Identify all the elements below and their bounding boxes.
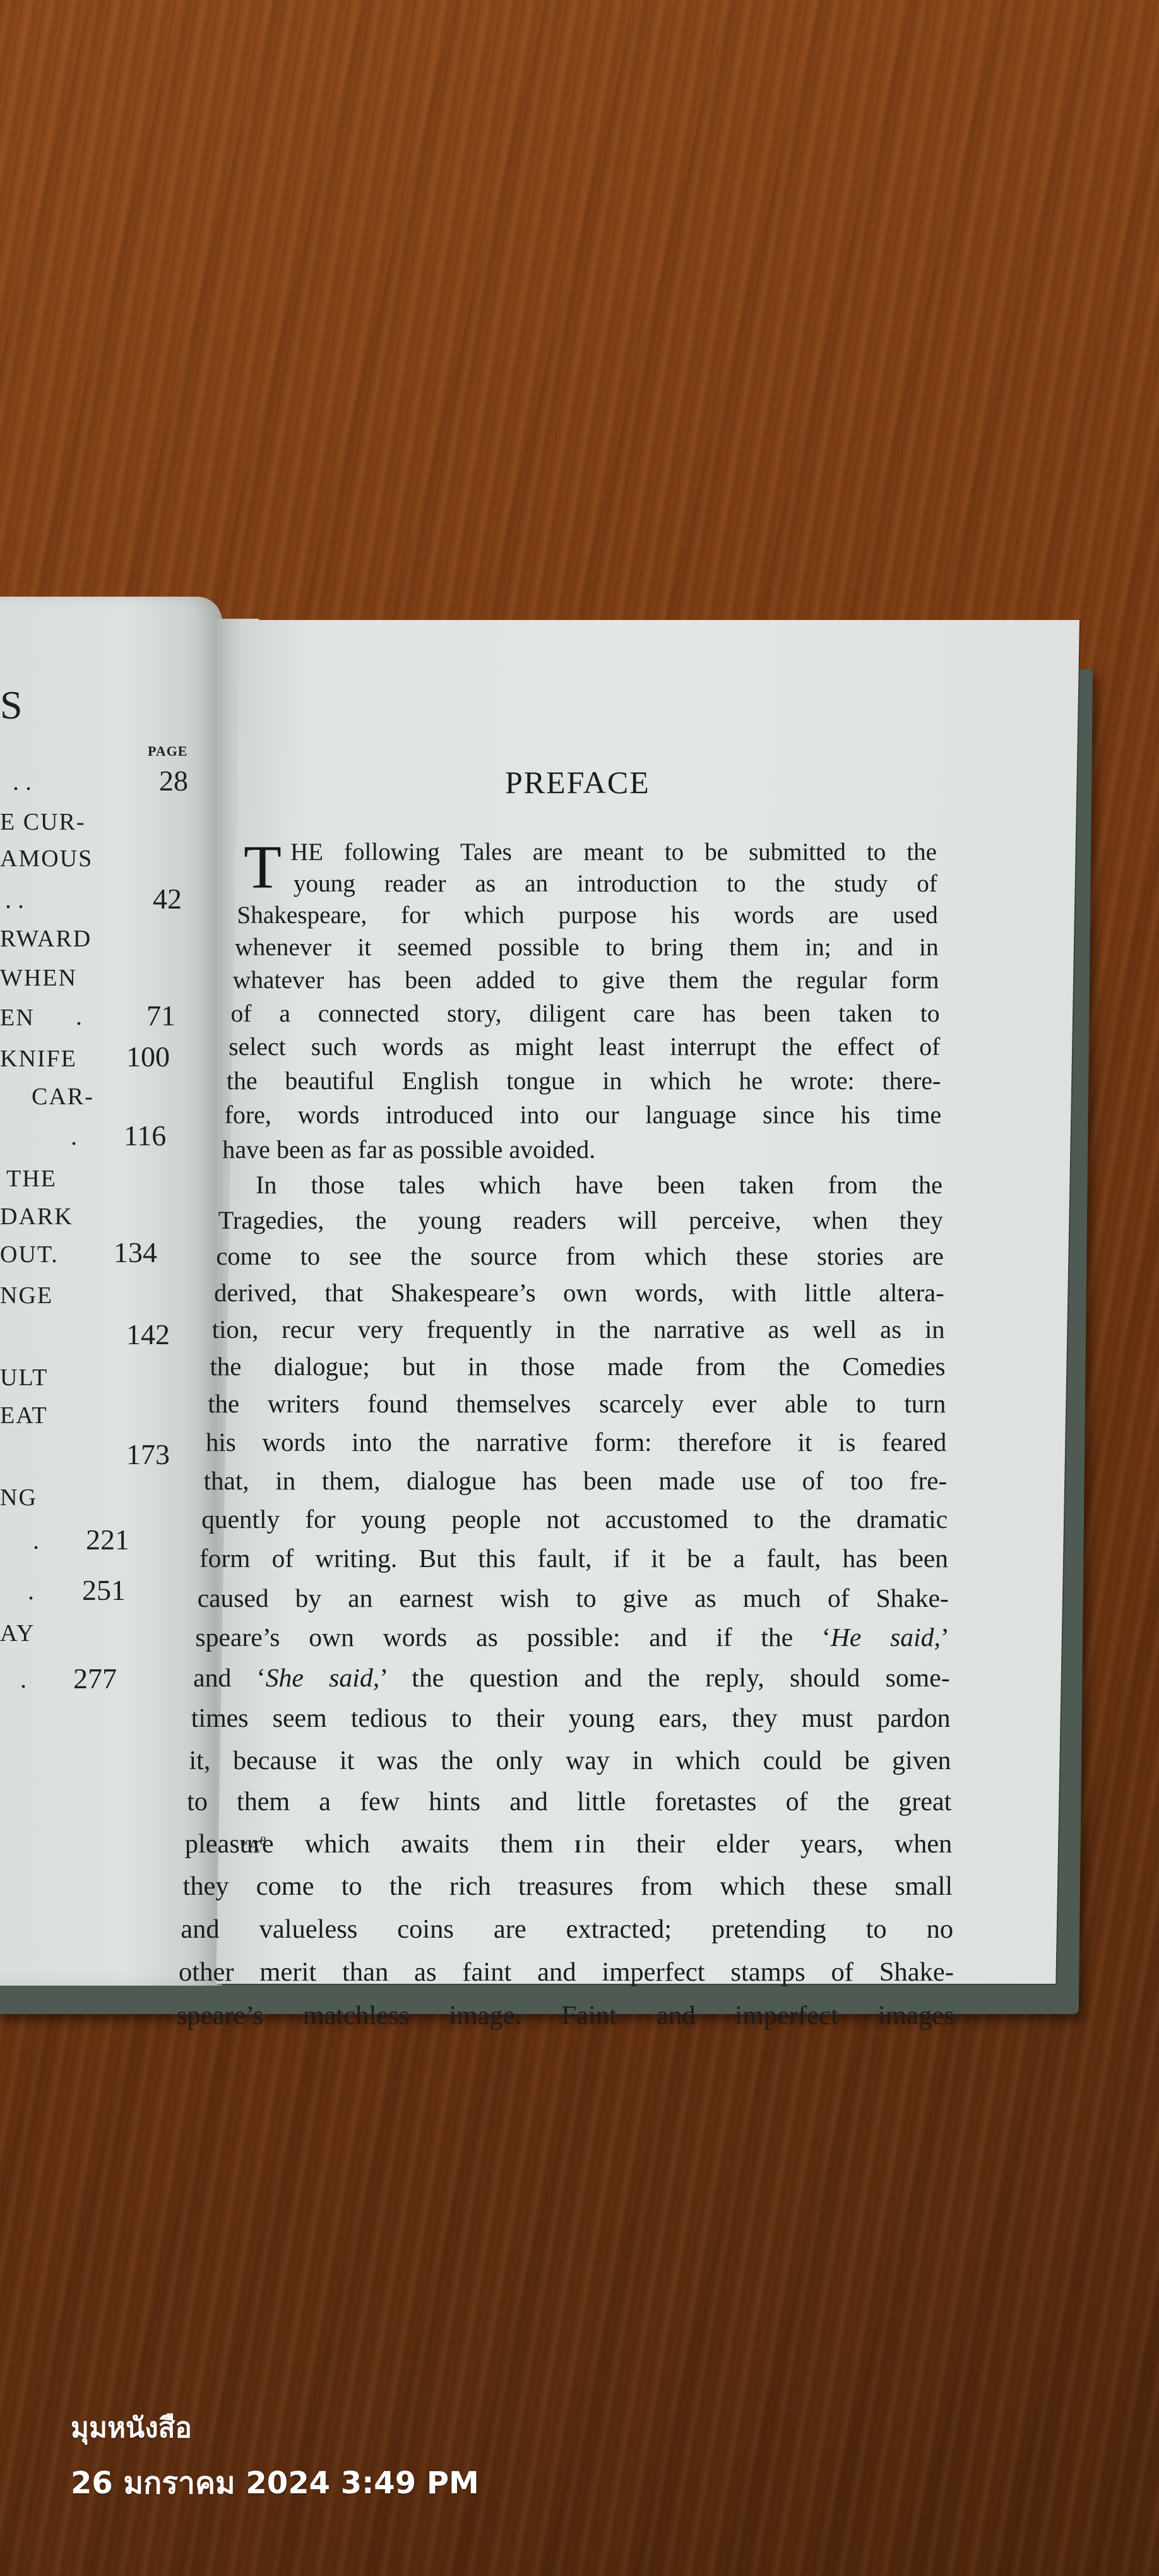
preface-line: other merit than as faint and imperfect … [179, 1959, 954, 1986]
watermark-title: มุมหนังสือ [71, 2406, 192, 2450]
preface-line: quently for young people not accustomed … [201, 1506, 948, 1532]
preface-line: tion, recur very frequently in the narra… [212, 1317, 945, 1343]
preface-line: that, in them, dialogue has been made us… [204, 1468, 948, 1494]
preface-line: pleasure which awaits them in their elde… [185, 1831, 952, 1857]
preface-line: the dialogue; but in those made from the… [210, 1354, 946, 1380]
preface-line: speare’s matchless image. Faint and impe… [177, 2003, 954, 2030]
preface-line: the beautiful English tongue in which he… [227, 1068, 941, 1094]
preface-line: and ‘She said,’ the question and the rep… [193, 1666, 950, 1692]
printer-signature-mark: *A8 [240, 1834, 266, 1856]
preface-line: young reader as an introduction to the s… [294, 871, 937, 896]
preface-line: Tragedies, the young readers will percei… [218, 1208, 943, 1233]
page-number: I [574, 1837, 581, 1857]
preface-line: it, because it was the only way in which… [189, 1748, 951, 1774]
preface-line: they come to the rich treasures from whi… [183, 1873, 953, 1900]
preface-line: come to see the source from which these … [216, 1244, 943, 1269]
photo-scene: S PAGE . .28E CUR-AMOUS. .42RWARDWHENEN.… [0, 0, 1159, 2576]
watermark-datetime: 26 มกราคม 2024 3:49 PM [71, 2459, 479, 2507]
preface-line: whatever has been added to give them the… [233, 968, 939, 993]
preface-line: fore, words introduced into our language… [225, 1102, 942, 1128]
preface-line: select such words as might least interru… [229, 1035, 940, 1060]
preface-line: whenever it seemed possible to bring the… [235, 935, 939, 960]
preface-line: of a connected story, diligent care has … [231, 1001, 940, 1027]
preface-page: PREFACE T HE following Tales are meant t… [0, 0, 1159, 2576]
preface-line: times seem tedious to their young ears, … [191, 1706, 951, 1732]
preface-line: form of writing. But this fault, if it b… [199, 1546, 948, 1571]
preface-line: caused by an earnest wish to give as muc… [198, 1585, 949, 1612]
page-title: PREFACE [505, 764, 650, 801]
preface-line: the writers found themselves scarcely ev… [208, 1392, 946, 1417]
drop-cap: T [244, 837, 282, 898]
preface-line: and valueless coins are extracted; prete… [181, 1916, 953, 1943]
preface-line: Shakespeare, for which purpose his words… [237, 903, 937, 927]
preface-line: have been as far as possible avoided. [222, 1137, 942, 1162]
preface-line: to them a few hints and little foretaste… [187, 1789, 951, 1815]
preface-line: HE following Tales are meant to be submi… [290, 840, 937, 864]
preface-line: speare’s own words as possible: and if t… [195, 1625, 949, 1652]
preface-line: derived, that Shakespeare’s own words, w… [214, 1280, 944, 1306]
preface-line: In those tales which have been taken fro… [256, 1172, 942, 1198]
preface-line: his words into the narrative form: there… [206, 1429, 946, 1455]
